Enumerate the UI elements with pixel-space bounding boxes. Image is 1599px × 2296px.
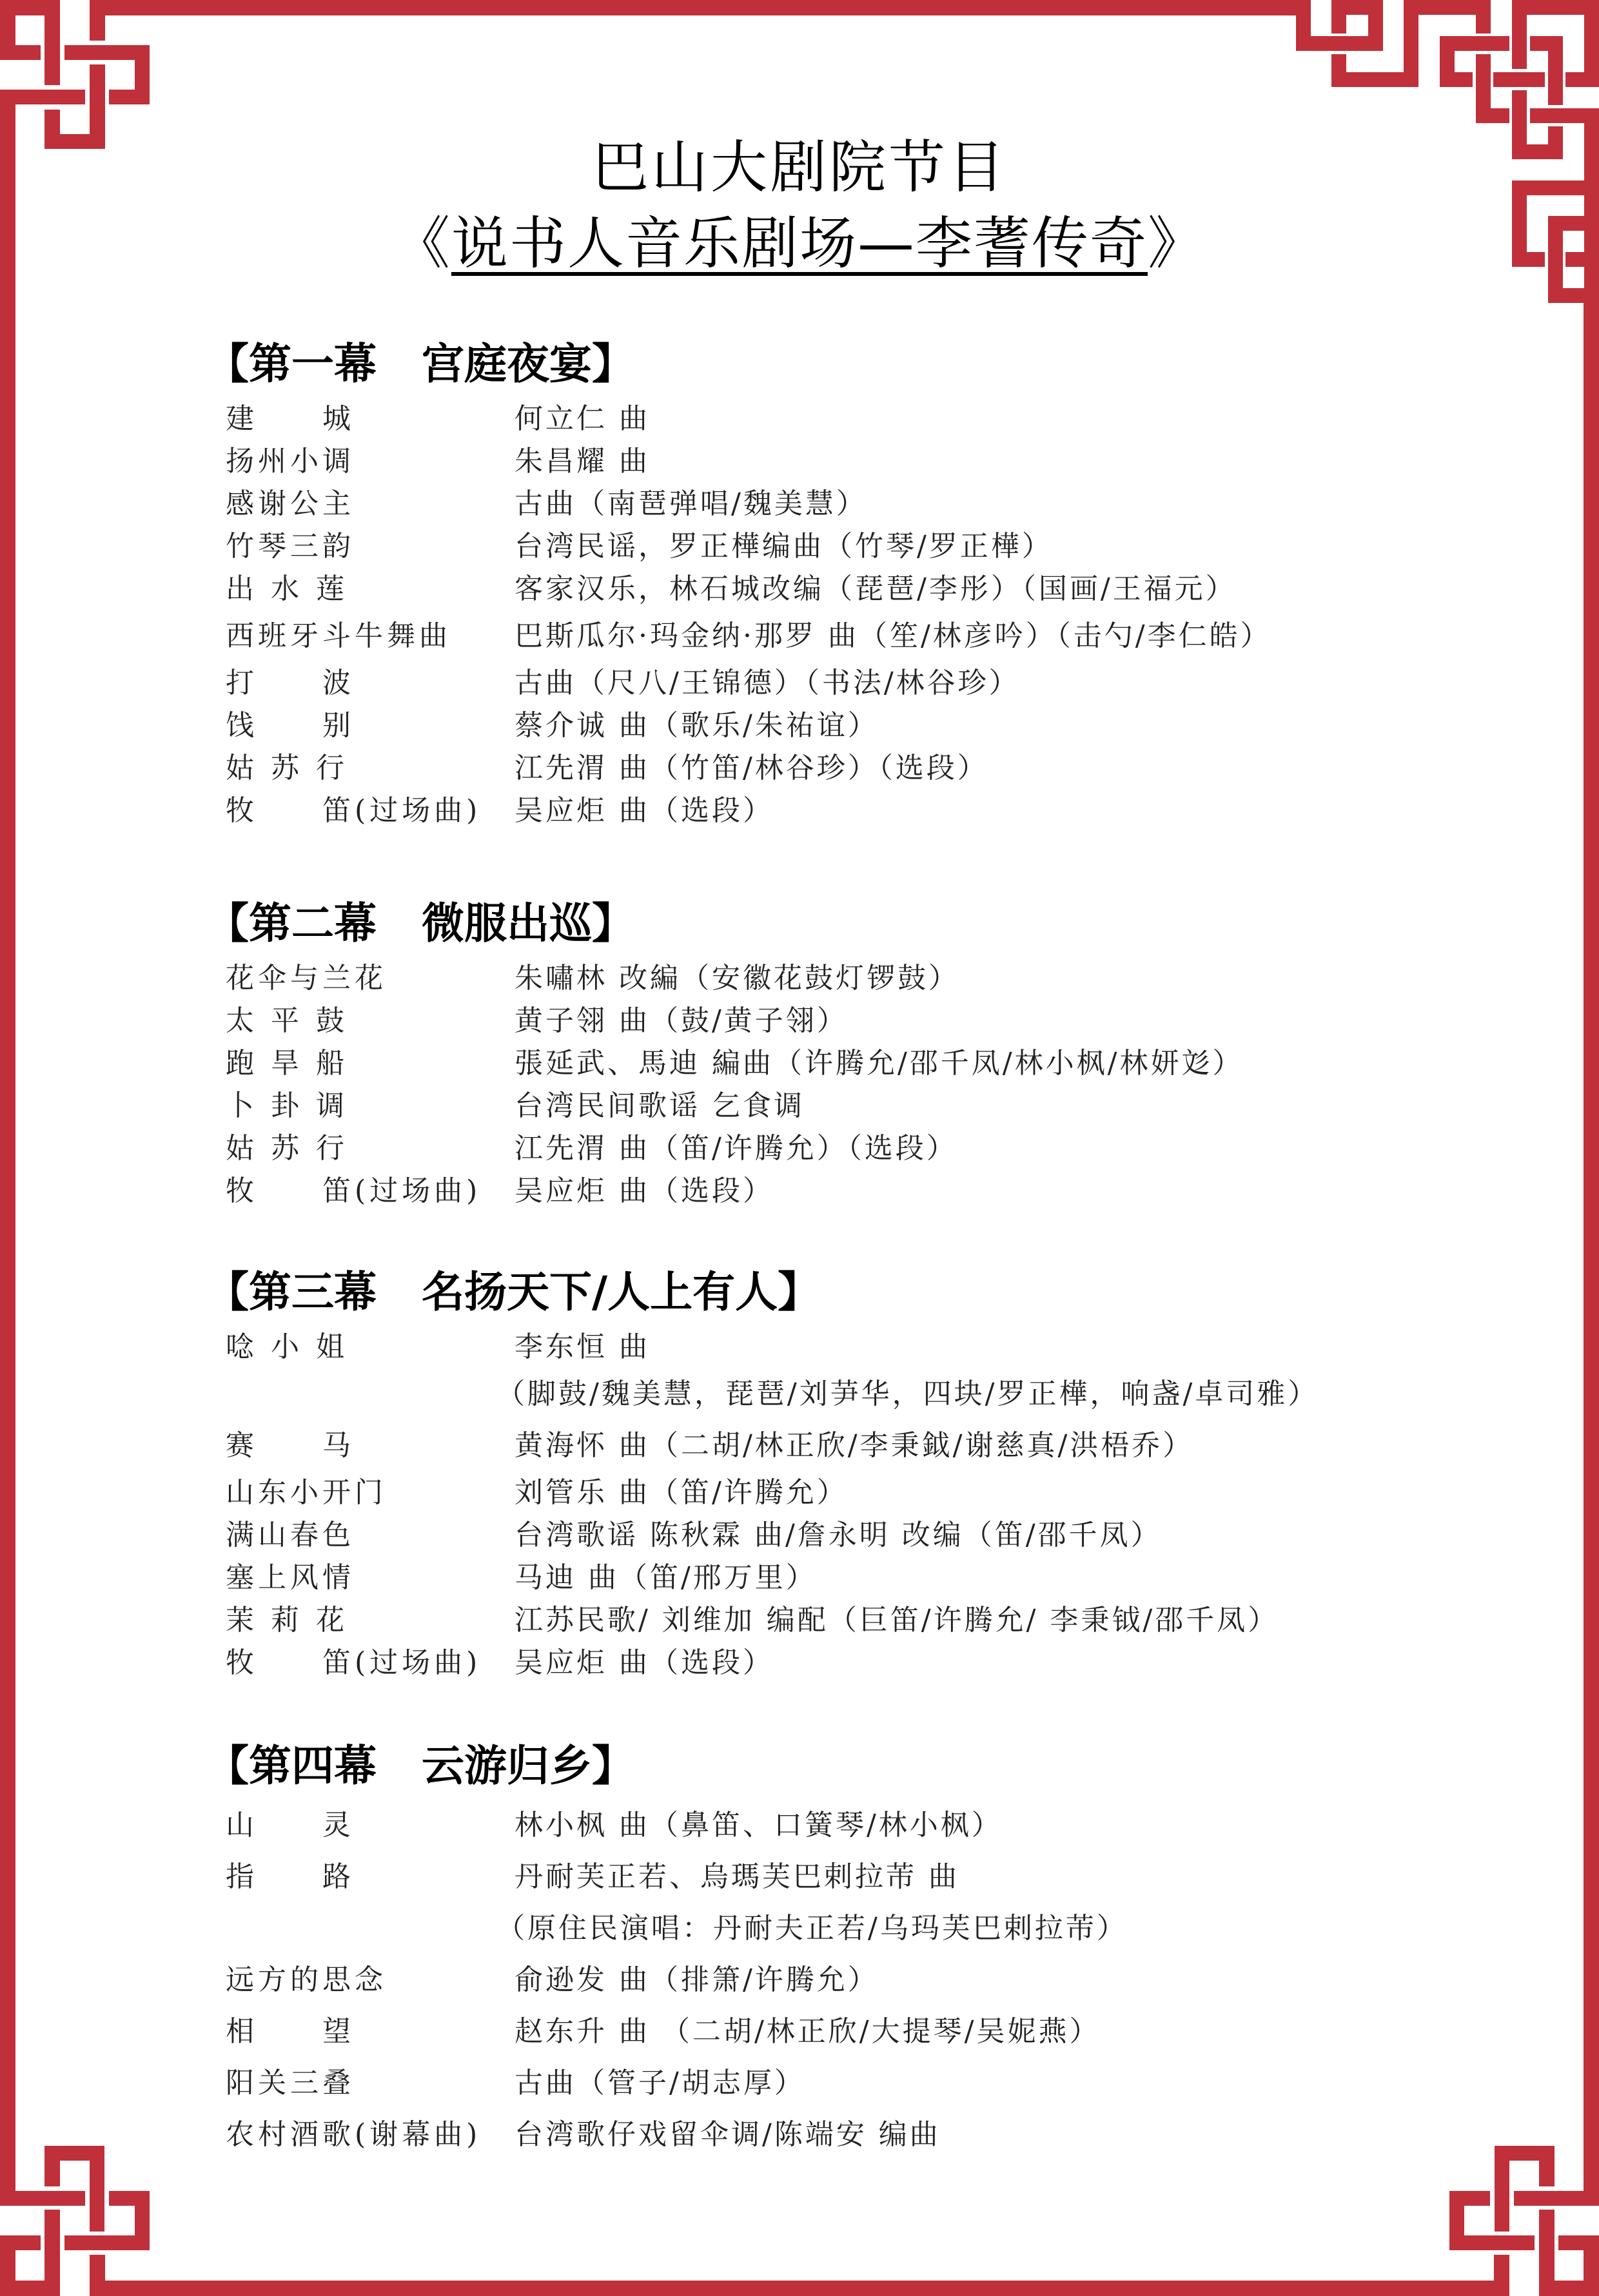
piece-credit: 江苏民歌/ 刘维加 编配（巨笛/许腾允/ 李秉钺/邵千凤） — [515, 1599, 1279, 1642]
program-item: 满山春色台湾歌谣 陈秋霖 曲/詹永明 改编（笛/邵千凤） — [206, 1514, 820, 1557]
piece-title: 茉 莉 花 — [226, 1599, 348, 1642]
frame-bottom-border — [148, 2281, 1451, 2296]
piece-credit: 客家汉乐，林石城改编（琵琶/李彤）（国画/王福元） — [515, 568, 1237, 610]
piece-credit: 古曲（管子/胡志厚） — [515, 2058, 805, 2109]
piece-credit: 巴斯瓜尔·玛金纳·那罗 曲（笙/林彦吟）（击勺/李仁皓） — [515, 610, 1271, 662]
piece-title: 打 波 — [226, 662, 355, 705]
program-item: 茉 莉 花江苏民歌/ 刘维加 编配（巨笛/许腾允/ 李秉钺/邵千凤） — [206, 1599, 820, 1642]
program-page: 巴山大剧院节目 《说书人音乐剧场—李蓍传奇》 【第一幕宫庭夜宴】 建 城何立仁 … — [0, 0, 1599, 2296]
program-item: 卜 卦 调台湾民间歌谣 乞食调 — [206, 1085, 634, 1127]
program-item: 山 灵林小枫 曲（鼻笛、口簧琴/林小枫） — [206, 1800, 634, 1851]
program-item: 饯 别蔡介诚 曲（歌乐/朱祐谊） — [206, 705, 634, 747]
piece-credit: 赵东升 曲 （二胡/林正欣/大提琴/吴妮燕） — [515, 2006, 1100, 2058]
piece-title: 竹琴三韵 — [226, 525, 355, 568]
piece-title: 感谢公主 — [226, 483, 355, 525]
act-2: 【第二幕微服出巡】 花伞与兰花朱嘯林 改編（安徽花鼓灯锣鼓） 太 平 鼓黄子翎 … — [206, 898, 634, 1212]
piece-credit: 張延武、馬迪 編曲（许腾允/邵千凤/林小枫/林妍彣） — [515, 1042, 1243, 1085]
piece-title: 跑 旱 船 — [226, 1042, 348, 1085]
piece-title: 农村酒歌(谢幕曲) — [226, 2109, 481, 2161]
piece-credit: 朱嘯林 改編（安徽花鼓灯锣鼓） — [515, 957, 959, 1000]
program-item: 花伞与兰花朱嘯林 改編（安徽花鼓灯锣鼓） — [206, 957, 634, 1000]
piece-title: 山东小开门 — [226, 1472, 387, 1514]
program-item: 牧 笛(过场曲)吴应炬 曲（选段） — [206, 1170, 634, 1212]
piece-title: 太 平 鼓 — [226, 1000, 348, 1042]
program-item: 竹琴三韵台湾民谣，罗正樺编曲（竹琴/罗正樺） — [206, 525, 634, 568]
program-item: 远方的思念俞逊发 曲（排箫/许腾允） — [206, 1954, 634, 2006]
piece-title: 花伞与兰花 — [226, 957, 387, 1000]
act-heading: 【第三幕名扬天下/人上有人】 — [206, 1267, 820, 1318]
piece-credit: 吴应炬 曲（选段） — [515, 790, 774, 832]
program-item: 阳关三叠古曲（管子/胡志厚） — [206, 2058, 634, 2109]
piece-credit: 何立仁 曲 — [515, 398, 650, 440]
act-name: 名扬天下/人上有人】 — [422, 1267, 820, 1317]
program-item: 姑 苏 行江先渭 曲（竹笛/林谷珍）（选段） — [206, 747, 634, 790]
piece-title: 山 灵 — [226, 1800, 355, 1851]
act-name: 宫庭夜宴】 — [422, 339, 634, 389]
act-1: 【第一幕宫庭夜宴】 建 城何立仁 曲 扬州小调朱昌耀 曲 感谢公主古曲（南琶弹唱… — [206, 338, 634, 832]
show-title-text: 说书人音乐剧场—李蓍传奇 — [451, 210, 1148, 277]
venue-title: 巴山大剧院节目 — [0, 132, 1599, 203]
piece-credit: 江先渭 曲（竹笛/林谷珍）（选段） — [515, 747, 988, 790]
act-number: 【第三幕 — [206, 1267, 377, 1317]
program-item: 建 城何立仁 曲 — [206, 398, 634, 440]
piece-title: 远方的思念 — [226, 1954, 387, 2006]
program-title: 巴山大剧院节目 《说书人音乐剧场—李蓍传奇》 — [0, 132, 1599, 279]
piece-credit: 林小枫 曲（鼻笛、口簧琴/林小枫） — [515, 1800, 1003, 1851]
act-name: 微服出巡】 — [422, 899, 634, 948]
piece-credit: 吴应炬 曲（选段） — [515, 1170, 774, 1212]
piece-credit: 古曲（尺八/王锦德）（书法/林谷珍） — [515, 662, 1020, 705]
program-item: 赛 马黄海怀 曲（二胡/林正欣/李秉鉞/谢慈真/洪梧乔） — [206, 1420, 820, 1472]
piece-credit: 马迪 曲（笛/邢万里） — [515, 1557, 817, 1599]
program-item: 出 水 莲客家汉乐，林石城改编（琵琶/李彤）（国画/王福元） — [206, 568, 634, 610]
piece-title: 阳关三叠 — [226, 2058, 355, 2109]
piece-title: 姑 苏 行 — [226, 747, 348, 790]
title-close-bracket: 》 — [1148, 210, 1206, 277]
program-item: 山东小开门刘管乐 曲（笛/许腾允） — [206, 1472, 820, 1514]
program-item: 牧 笛(过场曲)吴应炬 曲（选段） — [206, 790, 634, 832]
corner-knot-ornament-icon — [0, 2127, 155, 2296]
piece-title: 卜 卦 调 — [226, 1085, 348, 1127]
piece-credit: 吴应炬 曲（选段） — [515, 1642, 774, 1684]
piece-title: 牧 笛(过场曲) — [226, 1642, 481, 1684]
piece-credit: 黄子翎 曲（鼓/黄子翎） — [515, 1000, 848, 1042]
program-item-continuation: （脚鼓/魏美慧，琵琶/刘芛华，四块/罗正樺，响盏/卓司雅） — [206, 1368, 820, 1420]
piece-title: 姑 苏 行 — [226, 1127, 348, 1170]
piece-title: 扬州小调 — [226, 440, 355, 483]
piece-credit: 台湾歌仔戏留伞调/陈端安 编曲 — [515, 2109, 941, 2161]
piece-credit: 江先渭 曲（笛/许腾允）（选段） — [515, 1127, 957, 1170]
piece-credit: 台湾歌谣 陈秋霖 曲/詹永明 改编（笛/邵千凤） — [515, 1514, 1162, 1557]
frame-right-border — [1584, 303, 1599, 2146]
program-item: 太 平 鼓黄子翎 曲（鼓/黄子翎） — [206, 1000, 634, 1042]
program-item: 姑 苏 行江先渭 曲（笛/许腾允）（选段） — [206, 1127, 634, 1170]
piece-credit: 台湾民谣，罗正樺编曲（竹琴/罗正樺） — [515, 525, 1053, 568]
piece-title: 塞上风情 — [226, 1557, 355, 1599]
piece-credit: 古曲（南琶弹唱/魏美慧） — [515, 483, 867, 525]
program-item: 塞上风情马迪 曲（笛/邢万里） — [206, 1557, 820, 1599]
corner-knot-ornament-icon — [1444, 2127, 1599, 2296]
frame-left-border — [0, 148, 15, 2146]
piece-title: 出 水 莲 — [226, 568, 348, 610]
piece-title: 牧 笛(过场曲) — [226, 790, 481, 832]
program-item: 农村酒歌(谢幕曲)台湾歌仔戏留伞调/陈端安 编曲 — [206, 2109, 634, 2161]
piece-title: 满山春色 — [226, 1514, 355, 1557]
piece-title: 牧 笛(过场曲) — [226, 1170, 481, 1212]
act-number: 【第二幕 — [206, 899, 377, 948]
piece-credit: 俞逊发 曲（排箫/许腾允） — [515, 1954, 879, 2006]
piece-credit: 刘管乐 曲（笛/许腾允） — [515, 1472, 848, 1514]
frame-top-border — [148, 0, 1296, 15]
program-item: 唸 小 姐李东恒 曲 — [206, 1326, 820, 1368]
piece-credit: 朱昌耀 曲 — [515, 440, 650, 483]
show-title: 《说书人音乐剧场—李蓍传奇》 — [0, 208, 1599, 279]
program-item: 西班牙斗牛舞曲巴斯瓜尔·玛金纳·那罗 曲（笙/林彦吟）（击勺/李仁皓） — [206, 610, 634, 662]
program-item: 扬州小调朱昌耀 曲 — [206, 440, 634, 483]
act-name: 云游归乡】 — [422, 1741, 634, 1791]
program-item: 跑 旱 船張延武、馬迪 編曲（许腾允/邵千凤/林小枫/林妍彣） — [206, 1042, 634, 1085]
act-heading: 【第一幕宫庭夜宴】 — [206, 338, 634, 390]
act-heading: 【第二幕微服出巡】 — [206, 898, 634, 949]
program-item: 指 路丹耐芙正若、烏瑪芙巴剌拉芾 曲 — [206, 1851, 634, 1903]
act-4: 【第四幕云游归乡】 山 灵林小枫 曲（鼻笛、口簧琴/林小枫） 指 路丹耐芙正若、… — [206, 1740, 634, 2161]
program-item-continuation: （原住民演唱：丹耐夫正若/乌玛芙巴剌拉芾） — [206, 1903, 634, 1954]
piece-credit: 台湾民间歌谣 乞食调 — [515, 1085, 805, 1127]
piece-credit: （脚鼓/魏美慧，琵琶/刘芛华，四块/罗正樺，响盏/卓司雅） — [496, 1368, 1319, 1420]
piece-credit: 黄海怀 曲（二胡/林正欣/李秉鉞/谢慈真/洪梧乔） — [515, 1420, 1193, 1472]
program-item: 牧 笛(过场曲)吴应炬 曲（选段） — [206, 1642, 820, 1684]
program-item: 相 望赵东升 曲 （二胡/林正欣/大提琴/吴妮燕） — [206, 2006, 634, 2058]
piece-credit: 蔡介诚 曲（歌乐/朱祐谊） — [515, 705, 879, 747]
piece-title: 饯 别 — [226, 705, 355, 747]
piece-title: 西班牙斗牛舞曲 — [226, 610, 451, 662]
act-3: 【第三幕名扬天下/人上有人】 唸 小 姐李东恒 曲 （脚鼓/魏美慧，琵琶/刘芛华… — [206, 1267, 820, 1684]
piece-credit: （原住民演唱：丹耐夫正若/乌玛芙巴剌拉芾） — [496, 1903, 1128, 1954]
program-item: 打 波古曲（尺八/王锦德）（书法/林谷珍） — [206, 662, 634, 705]
piece-credit: 丹耐芙正若、烏瑪芙巴剌拉芾 曲 — [515, 1851, 959, 1903]
act-number: 【第一幕 — [206, 339, 377, 389]
piece-title: 赛 马 — [226, 1420, 355, 1472]
piece-title: 指 路 — [226, 1851, 355, 1903]
piece-title: 相 望 — [226, 2006, 355, 2058]
act-heading: 【第四幕云游归乡】 — [206, 1740, 634, 1792]
title-open-bracket: 《 — [393, 210, 451, 277]
program-item: 感谢公主古曲（南琶弹唱/魏美慧） — [206, 483, 634, 525]
piece-title: 唸 小 姐 — [226, 1326, 348, 1368]
piece-title: 建 城 — [226, 398, 355, 440]
act-number: 【第四幕 — [206, 1741, 377, 1791]
piece-credit: 李东恒 曲 — [515, 1326, 650, 1368]
